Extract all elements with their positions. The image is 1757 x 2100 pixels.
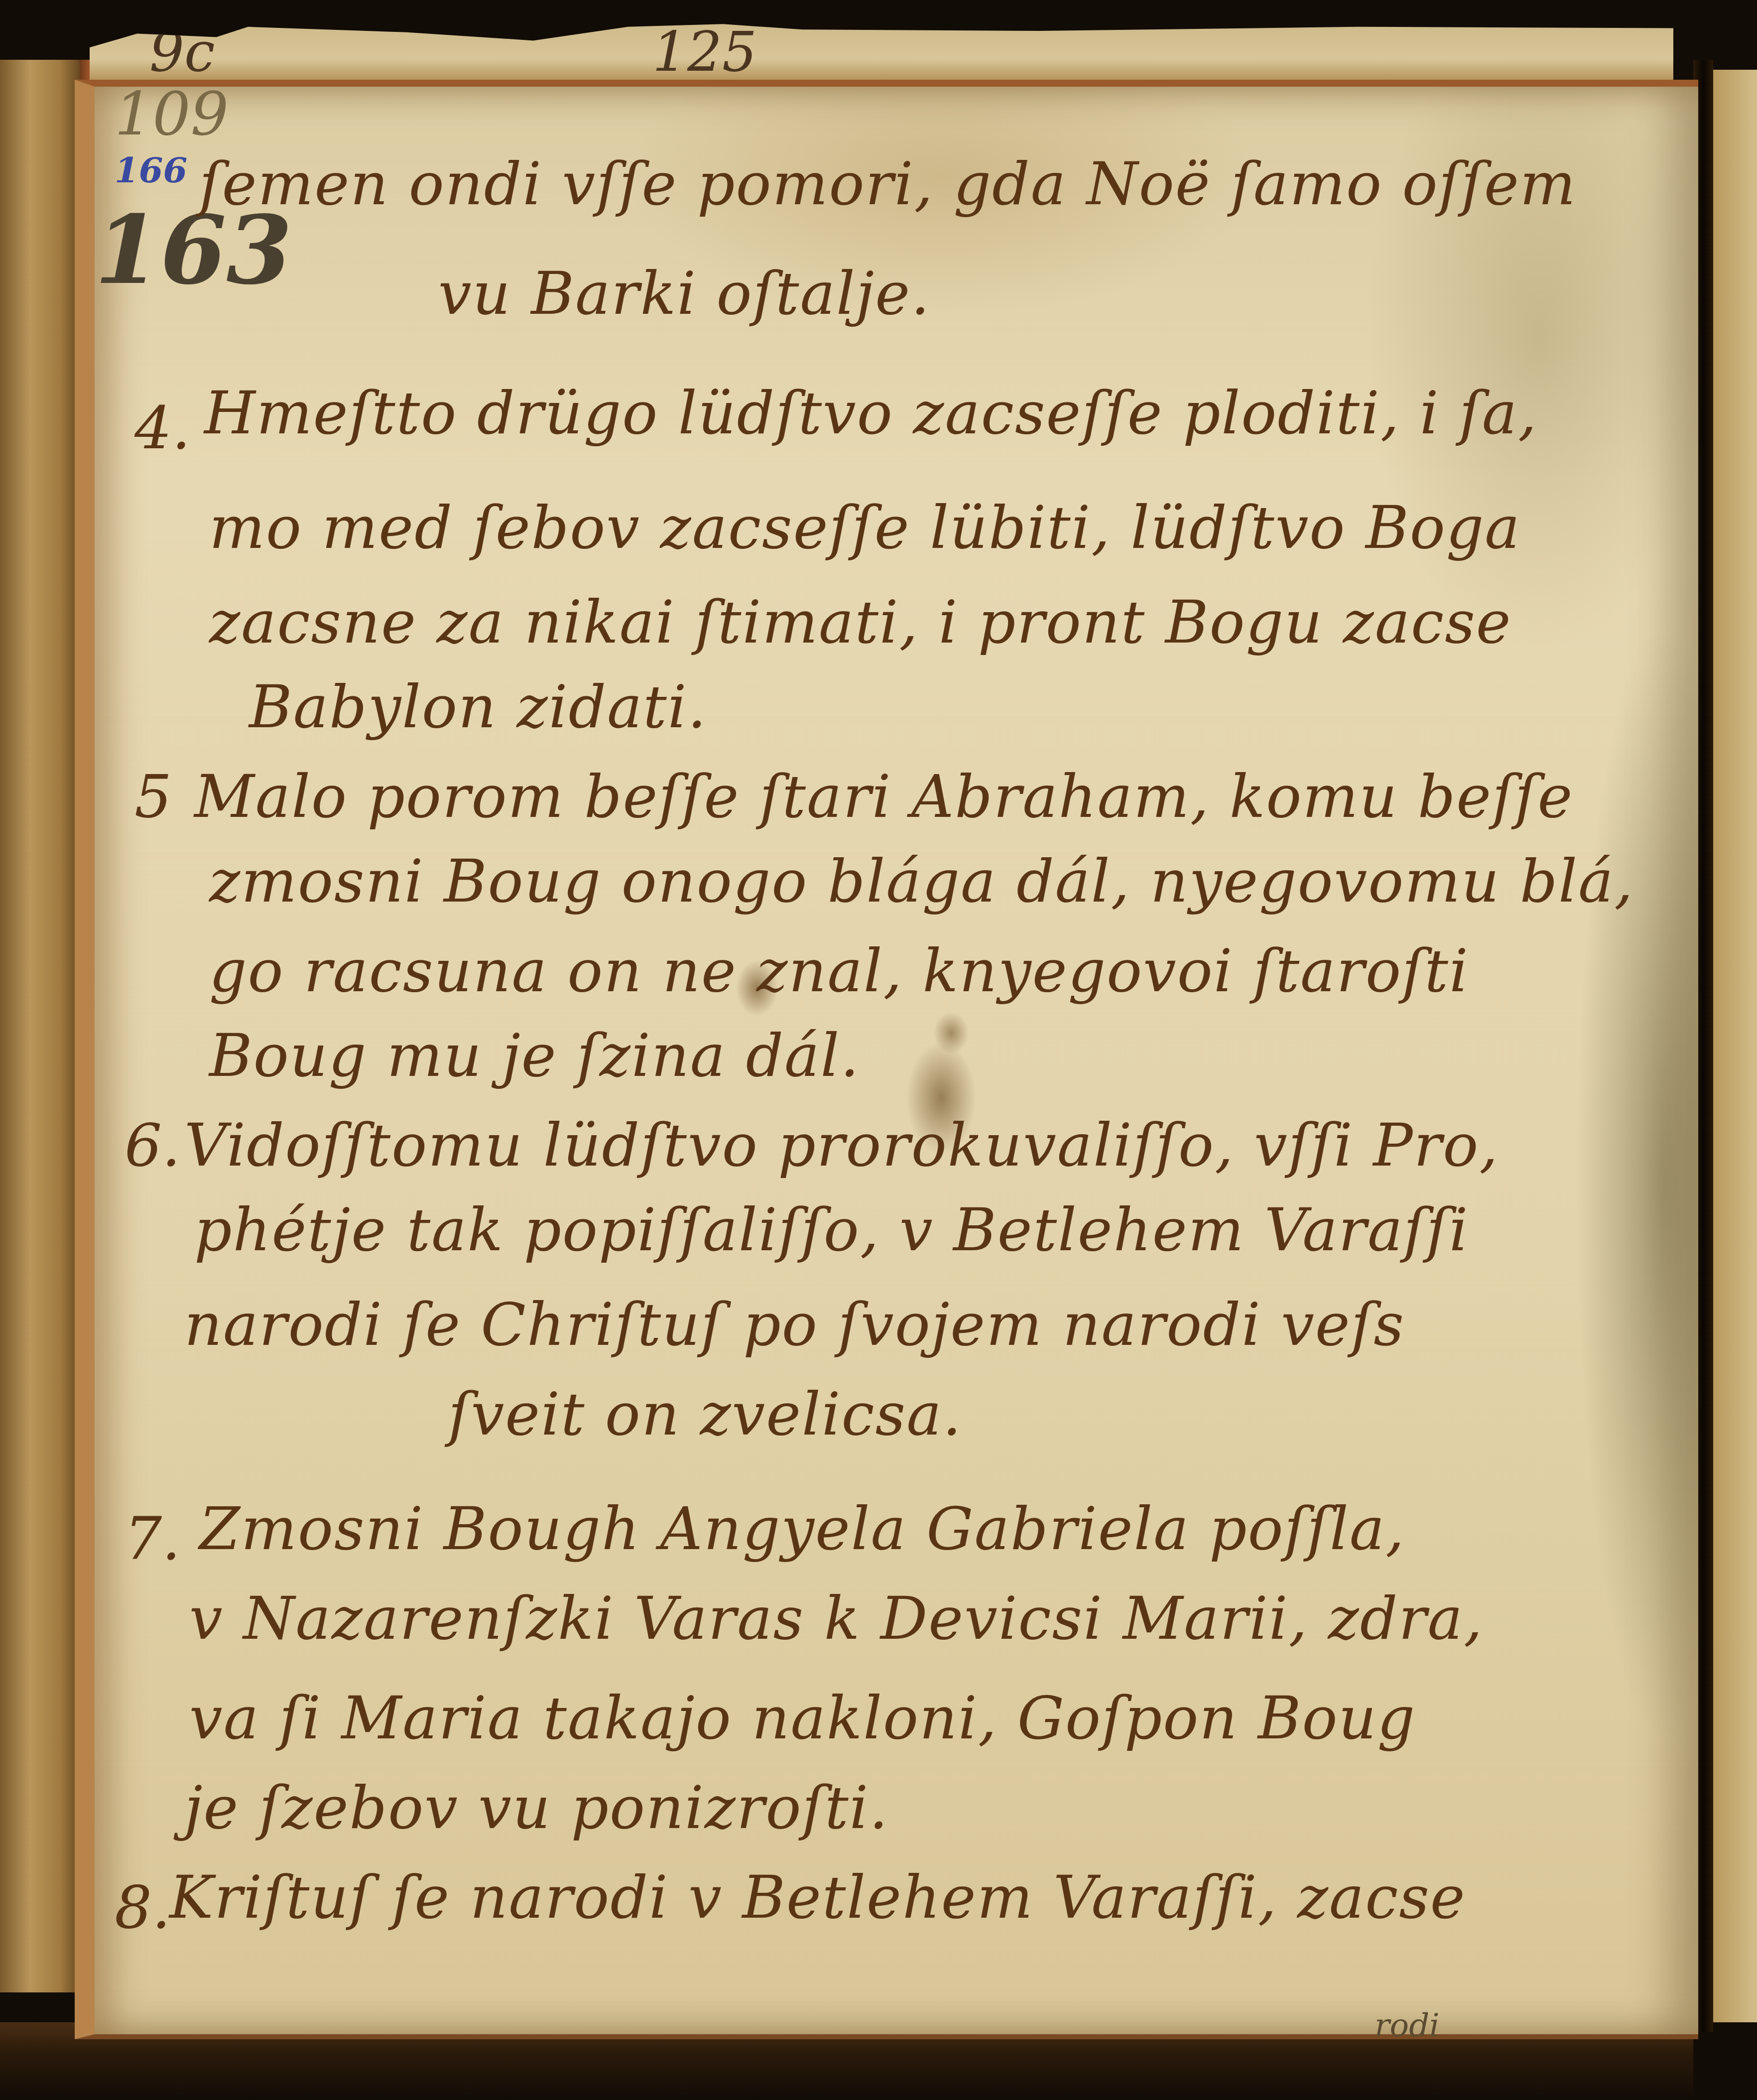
manuscript-line: va ſi Maria takajo nakloni, Goſpon Boug xyxy=(189,1684,1416,1752)
manuscript-line: Boug mu je ſzina dál. xyxy=(209,1021,860,1090)
manuscript-line: Hmeſtto drügo lüdſtvo zacseſſe ploditi, … xyxy=(204,379,1538,447)
manuscript-line: vu Barki oſtalje. xyxy=(438,259,931,328)
manuscript-line: Malo porom beſſe ſtari Abraham, komu beſ… xyxy=(194,762,1573,831)
top-edge-numeral: 125 xyxy=(652,20,757,84)
right-page-edge xyxy=(1713,70,1757,2022)
verse-number: 5 xyxy=(134,762,172,831)
folio-number-old: 109 xyxy=(115,80,229,149)
manuscript-line: zmosni Boug onogo blága dál, nyegovomu b… xyxy=(209,847,1634,916)
top-edge-numeral: 9c xyxy=(149,20,215,84)
verse-number: 7. xyxy=(125,1504,181,1573)
manuscript-line: v Nazarenſzki Varas k Devicsi Marii, zdr… xyxy=(189,1584,1483,1653)
manuscript-line: Kriſtuſ ſe narodi v Betlehem Varaſſi, za… xyxy=(169,1863,1466,1932)
verse-number: 4. xyxy=(134,394,191,462)
manuscript-line: phétje tak popiſſaliſſo, v Betlehem Vara… xyxy=(194,1195,1469,1264)
verse-number: 8. xyxy=(115,1873,171,1942)
manuscript-line: zacsne za nikai ſtimati, i pront Bogu za… xyxy=(209,588,1512,656)
folio-number-blue: 166 xyxy=(115,149,187,191)
manuscript-line: Babylon zidati. xyxy=(249,672,707,741)
manuscript-line: je ſzebov vu ponizroſti. xyxy=(184,1773,889,1842)
manuscript-line: go racsuna on ne znal, knyegovoi ſtaroſt… xyxy=(209,936,1469,1005)
catchword: rodi xyxy=(1375,2007,1440,2044)
verse-number: 6. xyxy=(125,1111,181,1180)
manuscript-line: mo med ſebov zacseſſe lübiti, lüdſtvo Bo… xyxy=(209,493,1521,562)
previous-page-top-edge: 9c 125 xyxy=(90,20,1673,89)
manuscript-line: Vidoſſtomu lüdſtvo prorokuvaliſſo, vſſi … xyxy=(184,1111,1499,1180)
manuscript-line: narodi ſe Chriſtuſ po ſvojem narodi veſs xyxy=(184,1290,1405,1359)
manuscript-line: Zmosni Bough Angyela Gabriela poſſla, xyxy=(199,1494,1405,1563)
manuscript-line: ſveit on zvelicsa. xyxy=(448,1380,962,1448)
manuscript-line: ſemen ondi vſſe pomori, gda Noë ſamo oſſ… xyxy=(199,149,1577,218)
